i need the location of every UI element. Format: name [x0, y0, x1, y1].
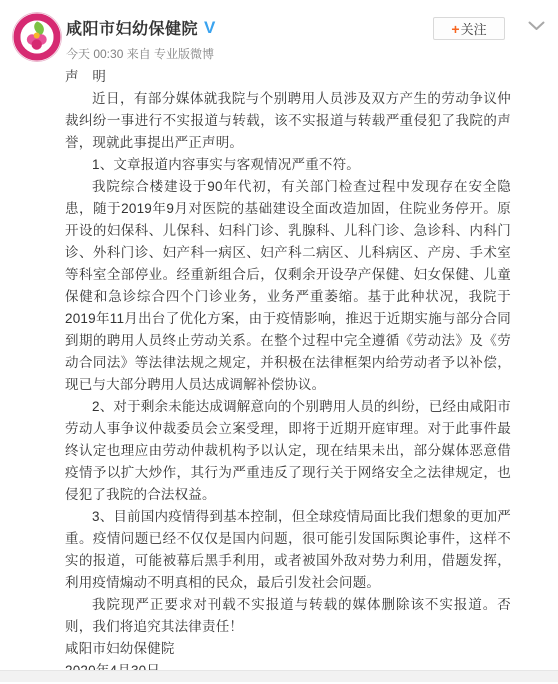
avatar[interactable] [12, 12, 62, 62]
author-name[interactable]: 咸阳市妇幼保健院 [66, 16, 198, 39]
hospital-logo-icon [12, 12, 62, 62]
plus-icon: + [451, 21, 459, 37]
verified-v-icon: V [204, 19, 215, 36]
post-body: 声 明 近日，有部分媒体就我院与个别聘用人员涉及双方产生的劳动争议仲裁纠纷一事进… [65, 66, 511, 682]
chevron-down-icon[interactable] [528, 21, 545, 31]
statement-demand: 我院现严正要求对刊载不实报道与转载的媒体删除该不实报道。否则，我们将追究其法律责… [65, 594, 511, 638]
follow-button[interactable]: + 关注 [433, 17, 505, 40]
statement-title: 声 明 [65, 66, 511, 88]
statement-point-3: 3、目前国内疫情得到基本控制，但全球疫情局面比我们想象的更加严重。疫情问题已经不… [65, 506, 511, 594]
weibo-post-card: 咸阳市妇幼保健院 V 今天 00:30 来自 专业版微博 + 关注 声 明 近日… [0, 0, 558, 682]
post-header: 咸阳市妇幼保健院 V 今天 00:30 来自 专业版微博 + 关注 [0, 0, 558, 60]
statement-point-1-detail: 我院综合楼建设于90年代初，有关部门检查过程中发现存在安全隐患，随于2019年9… [65, 176, 511, 396]
statement-paragraph-intro: 近日，有部分媒体就我院与个别聘用人员涉及双方产生的劳动争议仲裁纠纷一事进行不实报… [65, 88, 511, 154]
statement-point-1: 1、文章报道内容事实与客观情况严重不符。 [65, 154, 511, 176]
follow-button-label: 关注 [461, 19, 487, 38]
post-timestamp: 今天 00:30 来自 专业版微博 [66, 45, 215, 62]
statement-point-2: 2、对于剩余未能达成调解意向的个别聘用人员的纠纷，已经由咸阳市劳动人事争议仲裁委… [65, 396, 511, 506]
signature-name: 咸阳市妇幼保健院 [65, 638, 511, 660]
page-background-strip [0, 670, 558, 682]
author-block: 咸阳市妇幼保健院 V 今天 00:30 来自 专业版微博 [66, 16, 215, 62]
